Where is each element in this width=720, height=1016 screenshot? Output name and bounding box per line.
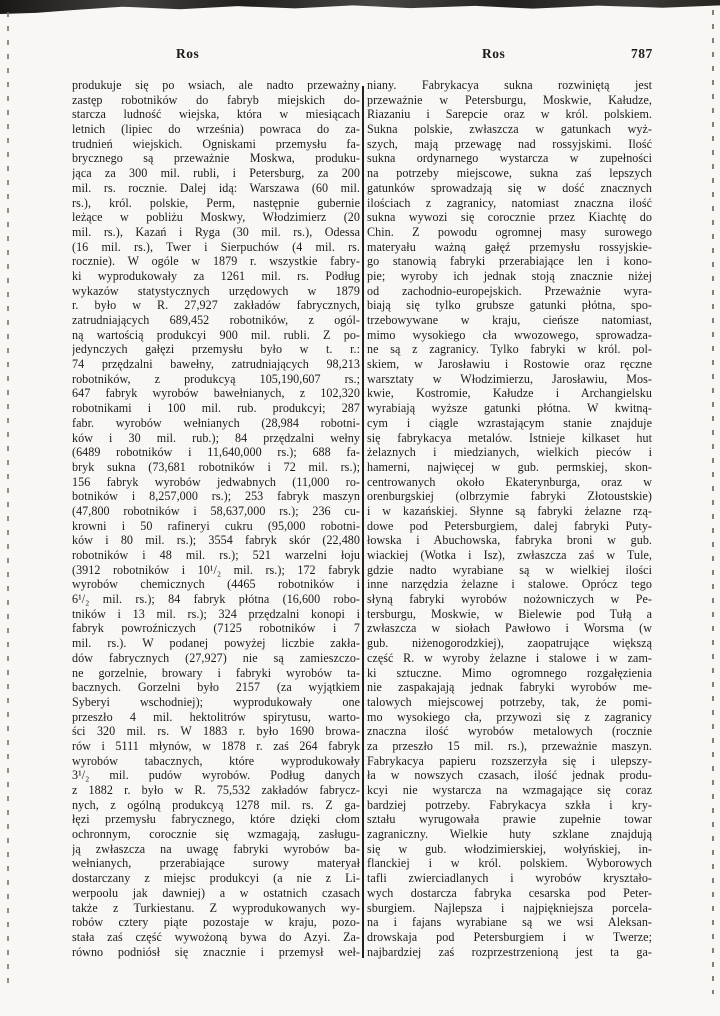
text-line: wyrobów chemicznych (4465 robotników i xyxy=(72,577,360,592)
text-line: na potrzeby miejscowe, sukna zaś lepszyc… xyxy=(367,166,652,181)
text-line: ki wyprodukowały za 1261 mil. rs. Podług xyxy=(72,269,360,284)
text-line: fabr. wyrobów wełnianych (28,984 robotni… xyxy=(72,416,360,431)
text-line: ści 320 mil. rs. W 1883 r. było 1690 bro… xyxy=(72,724,360,739)
text-line: trudnień wiejskich. Ogniskami przemysłu … xyxy=(72,137,360,152)
text-line: sburgiem. Najlepsza i najpiękniejsza por… xyxy=(367,901,652,916)
text-line: równo podniósł się znacznie i przemysł w… xyxy=(72,945,360,960)
scan-edge-dotted-right xyxy=(712,10,714,994)
text-line: sukna wywozi się corocznie przez Kiachtę… xyxy=(367,210,652,225)
text-line: rów i 5111 młynów, w 1878 r. zaś 264 fab… xyxy=(72,739,360,754)
text-line: robów cztery piąte pozostaje w kraju, po… xyxy=(72,915,360,930)
text-line: nie zaspakajają jednak fabryki wyrobów m… xyxy=(367,680,652,695)
text-line: najbardziej zaś rozprzestrzenioną jest t… xyxy=(367,945,652,960)
text-line: kcyi nie wystarcza na wzmagające się cor… xyxy=(367,783,652,798)
text-line: wykazów statystycznych urzędowych w 1879 xyxy=(72,284,360,299)
text-line: robotnikami i 100 mil. rub. produkcyi; 2… xyxy=(72,401,360,416)
text-line: ki sztuczne. Mimo ogromnego rozgałęzieni… xyxy=(367,666,652,681)
text-line: mil. rs.). W podanej powyżej liczbie zak… xyxy=(72,636,360,651)
text-line: przeszło 4 mil. hektolitrów spirytusu, w… xyxy=(72,710,360,725)
text-line: starcza ludność wiejska, która w miesiąc… xyxy=(72,107,360,122)
text-line: ków i 30 mil. rub.); 84 przędzalni wełny xyxy=(72,431,360,446)
text-line: r. było w R. 27,927 zakładów fabrycznych… xyxy=(72,298,360,313)
text-line: hamerni, najwięcej w gub. permskiej, sko… xyxy=(367,460,652,475)
text-line: gub. niżenogorodzkiej), zaopatrujące wię… xyxy=(367,636,652,651)
text-line: produkuje się po wsiach, ale nadto przew… xyxy=(72,78,360,93)
running-title-right: Ros xyxy=(482,46,505,62)
text-line: drowskaja pod Petersburgiem i w Twerze; xyxy=(367,930,652,945)
text-line: werpoolu jak dawniej) a w ostatnich czas… xyxy=(72,886,360,901)
text-line: robotników i 48 mil. rs.); 521 warzelni … xyxy=(72,548,360,563)
text-line: się fabrykacya metalów. Istnieje kilkase… xyxy=(367,431,652,446)
text-line: tników i 13 mil. rs.); 324 przędzalni ko… xyxy=(72,607,360,622)
text-line: Sukna polskie, zwłaszcza w gatunkach wyż… xyxy=(367,122,652,137)
text-line: ne gorzelnie, browary i fabryki wyrobów … xyxy=(72,666,360,681)
column-divider-rule xyxy=(362,86,364,958)
text-line: kwie, Kostromie, Kałudze i Archangielsku xyxy=(367,386,652,401)
text-line: Syberyi wschodniej); wyprodukowały one xyxy=(72,695,360,710)
text-line: część R. w wyroby żelazne i stalowe i w … xyxy=(367,651,652,666)
text-line: ne są z zagranicy. Tylko fabryki w król.… xyxy=(367,342,652,357)
text-line: wych dostarcza fabryka cesarska pod Pete… xyxy=(367,886,652,901)
text-line: (6489 robotników i 11,640,000 rs.); 688 … xyxy=(72,445,360,460)
text-line: letnich (lipiec do września) powraca do … xyxy=(72,122,360,137)
text-line: ochronnym, corocznie się wzmagają, zasłu… xyxy=(72,827,360,842)
text-line: wyrobów tabacznych, które wyprodukowały xyxy=(72,754,360,769)
text-line: ła w nowszych czasach, ilość jednak prod… xyxy=(367,768,652,783)
text-line: stała zaś część wywożoną bywa do Azyi. Z… xyxy=(72,930,360,945)
text-line: wyrabiają wyższe gatunki płótna. W kwitn… xyxy=(367,401,652,416)
text-line: biają się tylko grubsze gatunki płótna, … xyxy=(367,298,652,313)
text-line: bardziej potrzeby. Fabrykacya szkła i kr… xyxy=(367,798,652,813)
text-line: trzebowywane w kraju, cieńsze natomiast, xyxy=(367,313,652,328)
text-line: robotników, z produkcyą 105,190,607 rs.; xyxy=(72,372,360,387)
text-line: gdzie nadto wyrabiane są w wielkiej iloś… xyxy=(367,563,652,578)
text-line: wełnianych, przerabiające surowy materya… xyxy=(72,856,360,871)
text-line: ilościach z zagranicy, natomiast znaczna… xyxy=(367,196,652,211)
text-line: się w gub. włodzimierskiej, wołyńskiej, … xyxy=(367,842,652,857)
text-line: sukna ordynarnego wystarcza w zupełności xyxy=(367,151,652,166)
text-line: go stanowią fabryki przerabiające len i … xyxy=(367,254,652,269)
text-line: mil. rs. rocznie. Dalej idą: Warszawa (6… xyxy=(72,181,360,196)
text-line: ją zwłaszcza na uwagę fabryki wyrobów ba… xyxy=(72,842,360,857)
text-line: pie; wyroby ich jednak stoją znacznie ni… xyxy=(367,269,652,284)
text-line: zagraniczny. Wielkie huty szklane znajdu… xyxy=(367,827,652,842)
scan-edge-artifact-top xyxy=(0,0,720,14)
text-line: (47,800 robotników i 58,637,000 rs.); 23… xyxy=(72,504,360,519)
text-line: 74 przędzalni bawełny, zatrudniających 9… xyxy=(72,357,360,372)
text-line: bacznych. Gorzelni było 2157 (za wyjątki… xyxy=(72,680,360,695)
text-line: od zachodnio-europejskich. Przeważnie wy… xyxy=(367,284,652,299)
text-line: 3¹/₂ mil. pudów wyrobów. Podług danych xyxy=(72,768,360,783)
text-line: materyału ważną gałęź przemysłu rossyjsk… xyxy=(367,240,652,255)
text-line: warsztaty w Włodzimierzu, Jarosławiu, Mo… xyxy=(367,372,652,387)
text-line: rocznie). W ogóle w 1879 r. wszystkie fa… xyxy=(72,254,360,269)
text-line: fabryk powroźniczych (7125 robotników i … xyxy=(72,621,360,636)
text-line: nych, z ogólną produkcyą 1278 mil. rs. Z… xyxy=(72,798,360,813)
text-line: tafli zwierciadlanych i wyrobów kryształ… xyxy=(367,871,652,886)
text-line: przeważnie w Petersburgu, Moskwie, Kałud… xyxy=(367,93,652,108)
text-column-right: niany. Fabrykacya sukna rozwiniętą jestp… xyxy=(367,78,652,959)
text-line: jąca za 300 mil. rubli, i Petersburg, za… xyxy=(72,166,360,181)
text-line: i w kazańskiej. Słynne są fabryki żelazn… xyxy=(367,504,652,519)
text-line: łęzi przemysłu fabrycznego, które dzięki… xyxy=(72,812,360,827)
text-line: flanckiej i w król. polskiem. Wyborowych xyxy=(367,856,652,871)
text-line: leżące w pobliżu Moskwy, Włodzimierz (20 xyxy=(72,210,360,225)
text-line: za przeszło 15 mil. rs.), przeważnie mas… xyxy=(367,739,652,754)
text-line: ształu wyrugowała prawie zupełnie towar xyxy=(367,812,652,827)
text-line: szych, mają przewagę nad rossyjskimi. Il… xyxy=(367,137,652,152)
text-line: z 1882 r. było w R. 75,532 zakładów fabr… xyxy=(72,783,360,798)
text-line: krowni i 50 rafineryi cukru (95,000 robo… xyxy=(72,519,360,534)
text-line: 647 fabryk wyrobów bawełnianych, z 102,3… xyxy=(72,386,360,401)
text-line: zastęp robotników do fabryb miejskich do… xyxy=(72,93,360,108)
text-line: na i fajans wyrabiane są we wsi Aleksan- xyxy=(367,915,652,930)
text-line: ków i 80 mil. rs.); 3554 fabryk skór (22… xyxy=(72,533,360,548)
page-number: 787 xyxy=(631,46,653,62)
text-line: zwłaszcza w siołach Pawłowo i Worsma (w xyxy=(367,621,652,636)
text-line: słyną fabryki wyrobów nożowniczych w Pe- xyxy=(367,592,652,607)
text-line: tersburgu, Moskwie, w Bielewie pod Tułą … xyxy=(367,607,652,622)
text-line: łowska i Abuchowska, fabryka broni w gub… xyxy=(367,533,652,548)
text-line: 156 fabryk wyrobów jedwabnych (11,000 ro… xyxy=(72,475,360,490)
text-line: dowe pod Petersburgiem, dalej fabryki Pu… xyxy=(367,519,652,534)
text-line: botników i 8,257,000 rs.); 253 fabryk ma… xyxy=(72,489,360,504)
text-line: skiem, w Jarosławiu i Rostowie oraz ręcz… xyxy=(367,357,652,372)
text-line: ną wartością produkcyi 900 mil. rubli. Z… xyxy=(72,328,360,343)
text-line: mo wysokiego cła, przywozi się z zagrani… xyxy=(367,710,652,725)
text-line: mil. rs.), Kazań i Ryga (30 mil. rs.), O… xyxy=(72,225,360,240)
text-line: wiackiej (Wotka i Isz), zwłaszcza zaś w … xyxy=(367,548,652,563)
text-line: (16 mil. rs.), Twer i Sierpuchów (4 mil.… xyxy=(72,240,360,255)
text-line: Riazaniu i Sarepcie oraz w król. polskie… xyxy=(367,107,652,122)
text-line: żelaznych i miedzianych, wielkich pieców… xyxy=(367,445,652,460)
text-line: centrowanych około Ekaterynburga, oraz w xyxy=(367,475,652,490)
text-line: jedynczych gałęzi przemysłu było w t. r.… xyxy=(72,342,360,357)
text-line: mimo wysokiego cła wwozowego, sprowadza- xyxy=(367,328,652,343)
text-line: także z Turkiestanu. Z wyprodukowanych w… xyxy=(72,901,360,916)
text-line: inne narzędzia żelazne i stalowe. Oprócz… xyxy=(367,577,652,592)
text-column-left: produkuje się po wsiach, ale nadto przew… xyxy=(72,78,360,959)
text-line: niany. Fabrykacya sukna rozwiniętą jest xyxy=(367,78,652,93)
text-line: znaczna ilość wyrobów metalowych (roczni… xyxy=(367,724,652,739)
text-line: Chin. Z powodu ogromnej masy surowego xyxy=(367,225,652,240)
text-line: bryk sukna (73,681 robotników i 72 mil. … xyxy=(72,460,360,475)
text-line: cym i ciągle wzrastającym stanie znajduj… xyxy=(367,416,652,431)
text-line: talowych miejscowej potrzeby, tak, że po… xyxy=(367,695,652,710)
text-line: Fabrykacya papieru rozszerzyła się i ule… xyxy=(367,754,652,769)
text-line: brycznego są przeważnie Moskwa, produku- xyxy=(72,151,360,166)
text-line: dostarczany z miejsc produkcyi (a nie z … xyxy=(72,871,360,886)
text-line: (3912 robotników i 10¹/₂ mil. rs.); 172 … xyxy=(72,563,360,578)
text-line: orenburgskiej (olbrzymie fabryki Złotous… xyxy=(367,489,652,504)
text-line: dów fabrycznych (27,927) nie są zamieszc… xyxy=(72,651,360,666)
text-line: 6¹/₂ mil. rs.); 84 fabryk płótna (16,600… xyxy=(72,592,360,607)
text-line: gatunków sprowadzają się w dość znacznyc… xyxy=(367,181,652,196)
scan-edge-dotted-left xyxy=(7,12,9,984)
running-title-left: Ros xyxy=(176,46,199,62)
text-line: zatrudniających 689,452 robotników, z og… xyxy=(72,313,360,328)
text-line: rs.), król. polskie, Perm, następnie gub… xyxy=(72,196,360,211)
